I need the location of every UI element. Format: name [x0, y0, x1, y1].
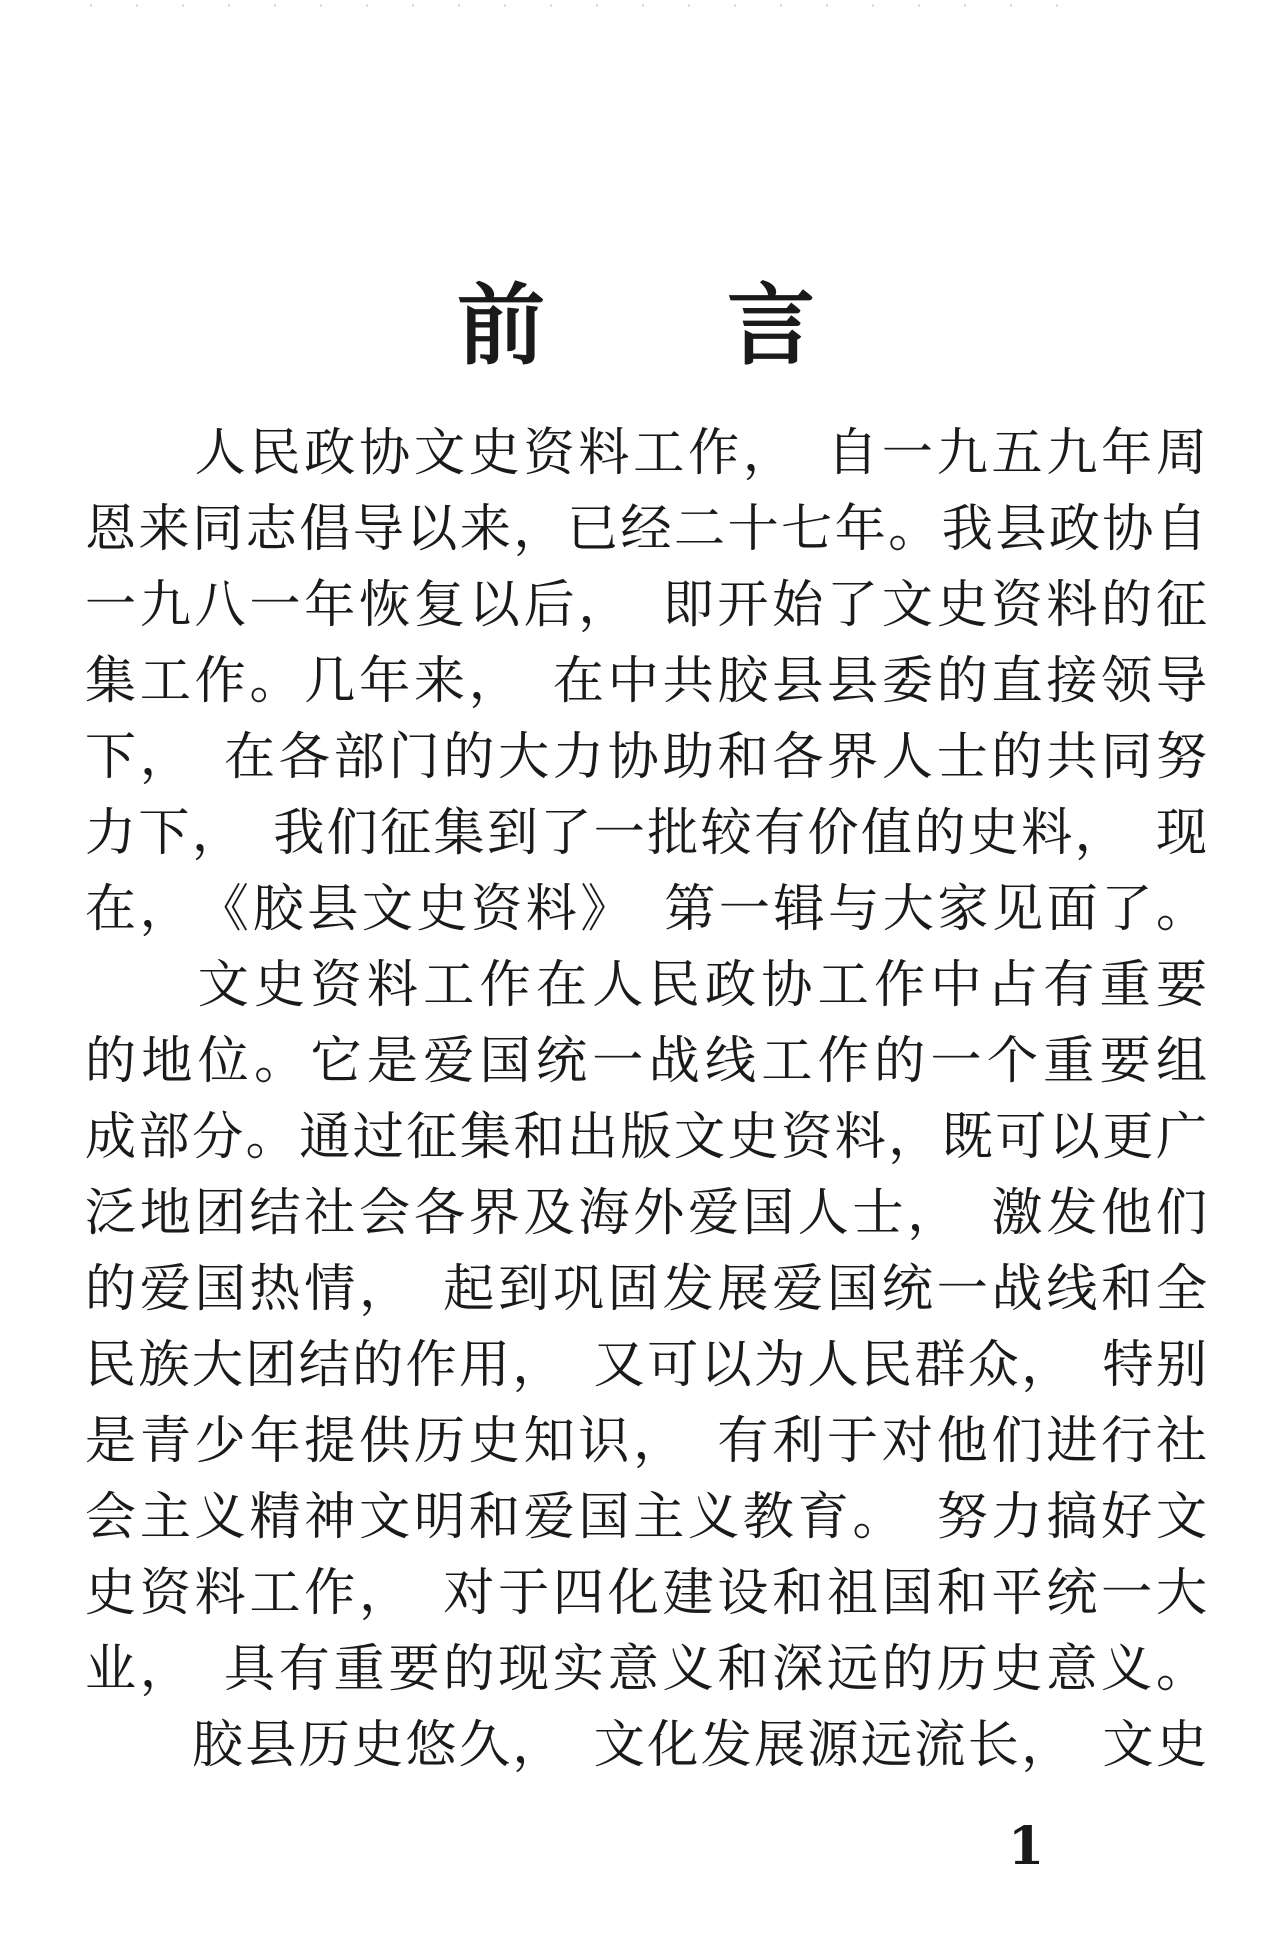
text-line: 胶县历史悠久， 文化发展源远流长， 文史 [85, 1708, 1207, 1784]
page-number: 1 [1008, 1816, 1044, 1877]
text-line: 的地位。它是爱国统一战线工作的一个重要组 [85, 1024, 1207, 1100]
text-line: 民族大团结的作用， 又可以为人民群众， 特别 [85, 1328, 1207, 1404]
scanned-page: 前 言 人民政协文史资料工作， 自一九五九年周 恩来同志倡导以来，已经二十七年。… [0, 0, 1274, 1935]
text-line: 一九八一年恢复以后， 即开始了文史资料的征 [85, 568, 1207, 644]
text-line: 史资料工作， 对于四化建设和祖国和平统一大 [85, 1556, 1207, 1632]
text-line: 文史资料工作在人民政协工作中占有重要 [85, 948, 1207, 1024]
text-line: 在， 《胶县文史资料》 第一辑与大家见面了。 [85, 872, 1207, 948]
text-line: 的爱国热情， 起到巩固发展爱国统一战线和全 [85, 1252, 1207, 1328]
text-line: 人民政协文史资料工作， 自一九五九年周 [85, 416, 1207, 492]
text-line: 集工作。几年来， 在中共胶县县委的直接领导 [85, 644, 1207, 720]
text-line: 恩来同志倡导以来，已经二十七年。我县政协自 [85, 492, 1207, 568]
text-line: 力下， 我们征集到了一批较有价值的史料， 现 [85, 796, 1207, 872]
page-title: 前 言 [0, 277, 1274, 374]
scan-artifact [90, 4, 1090, 7]
text-line: 下， 在各部门的大力协助和各界人士的共同努 [85, 720, 1207, 796]
text-line: 会主义精神文明和爱国主义教育。 努力搞好文 [85, 1480, 1207, 1556]
text-line: 是青少年提供历史知识， 有利于对他们进行社 [85, 1404, 1207, 1480]
preface-body: 人民政协文史资料工作， 自一九五九年周 恩来同志倡导以来，已经二十七年。我县政协… [85, 416, 1207, 1784]
text-line: 泛地团结社会各界及海外爱国人士， 激发他们 [85, 1176, 1207, 1252]
text-line: 业， 具有重要的现实意义和深远的历史意义。 [85, 1632, 1207, 1708]
text-line: 成部分。通过征集和出版文史资料，既可以更广 [85, 1100, 1207, 1176]
